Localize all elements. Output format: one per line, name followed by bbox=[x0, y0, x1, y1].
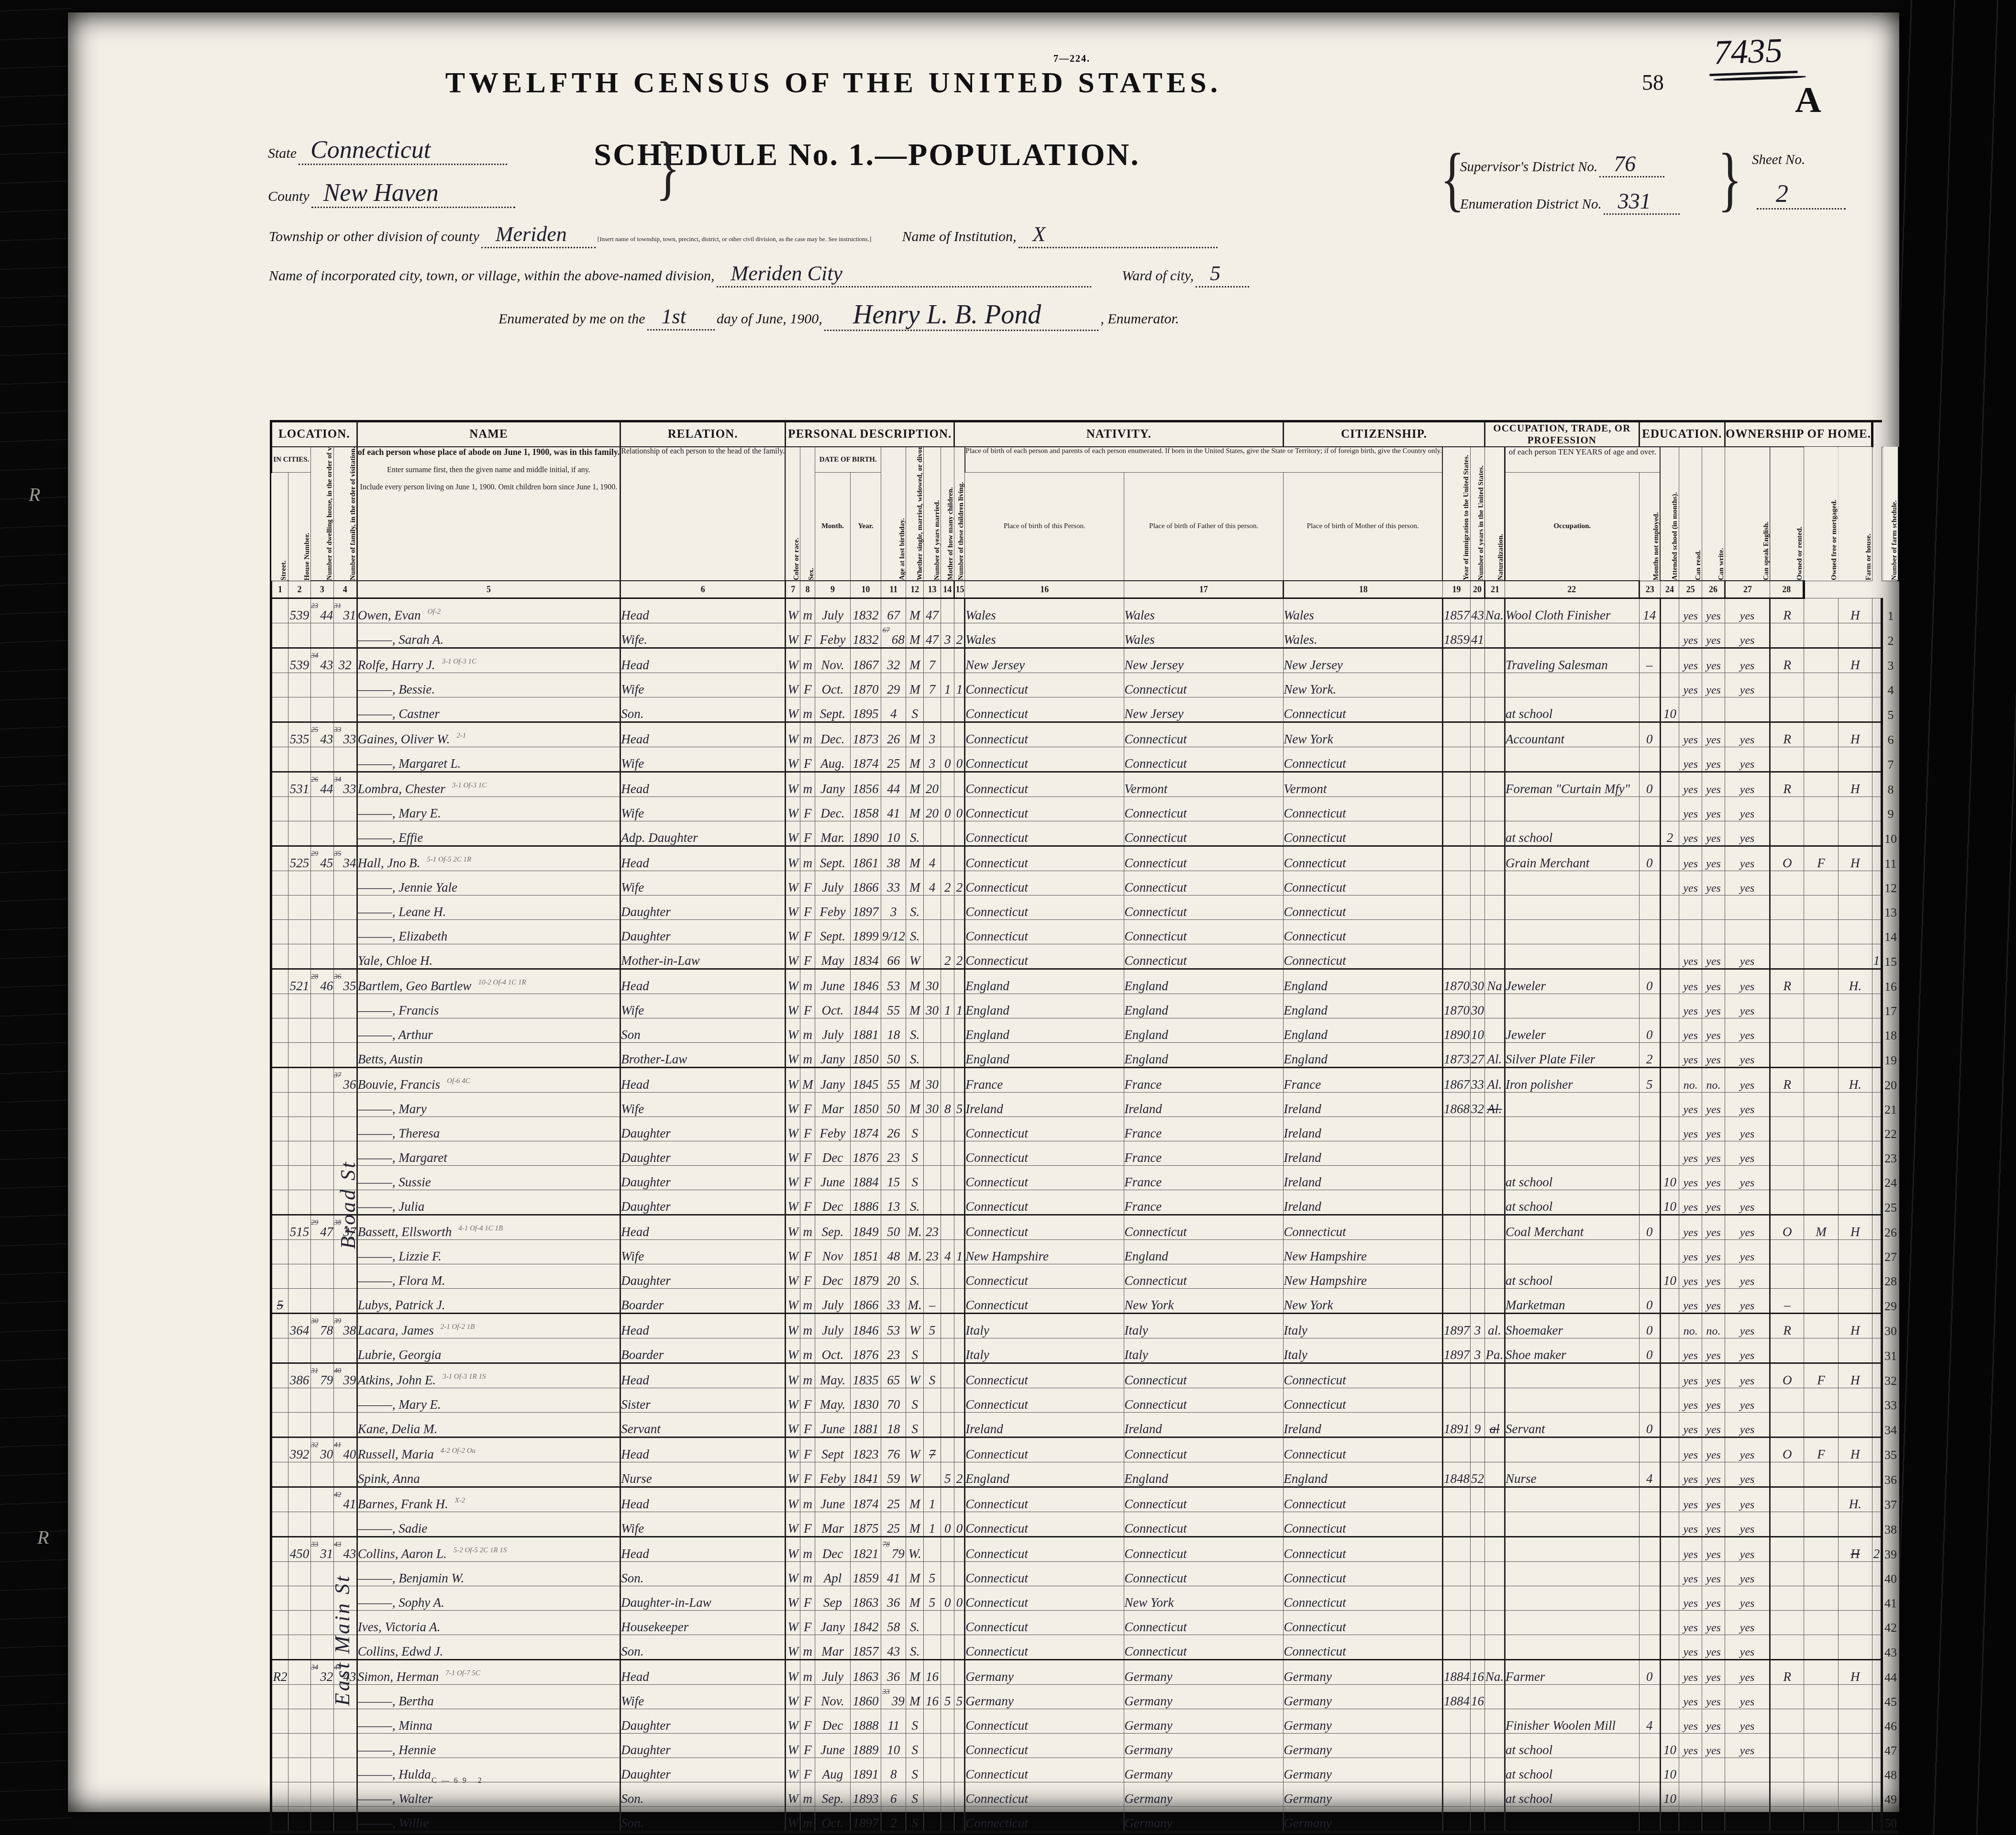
cell-can-read: yes bbox=[1679, 772, 1702, 797]
form-footer-mark: C—69 2 bbox=[432, 1777, 487, 1785]
cell-birthplace-mother: England bbox=[1284, 1018, 1443, 1043]
cell-years-married bbox=[924, 1190, 941, 1215]
group-name: NAME bbox=[357, 421, 620, 447]
cell-value: Connecticut bbox=[1124, 905, 1186, 919]
cell-mother-of-children bbox=[941, 1338, 954, 1363]
cell-months-not-employed: 0 bbox=[1639, 1413, 1660, 1437]
cell-dwelling-number: 2344 bbox=[310, 598, 333, 623]
table-row: 52529453534Hall, Jno B.5-1 Of-5 2C 1RHea… bbox=[271, 846, 1898, 871]
cell-person-name: Collins, Aaron L.5-2 Of-5 2C 1R 1S bbox=[357, 1537, 620, 1562]
cell-free-or-mortgaged: F bbox=[1804, 1363, 1838, 1388]
cell-dwelling-number bbox=[310, 1758, 333, 1782]
cell-value: 1832 bbox=[853, 632, 879, 647]
cell-value: m bbox=[803, 1791, 813, 1806]
cell-naturalization bbox=[1484, 920, 1505, 944]
cell-years-married: – bbox=[924, 1289, 941, 1314]
cell-can-write: yes bbox=[1702, 994, 1725, 1018]
cell-family-number bbox=[333, 623, 357, 648]
cell-value: Son. bbox=[621, 707, 643, 721]
cell-value: M bbox=[909, 1694, 920, 1708]
cell-children-living bbox=[954, 1289, 965, 1314]
cell-value: Connecticut bbox=[1284, 856, 1346, 870]
cell-farm-or-house: H bbox=[1838, 1314, 1872, 1338]
cell-value: France bbox=[1124, 1126, 1162, 1140]
cell-naturalization bbox=[1484, 722, 1505, 747]
cell-birthplace-person: Connecticut bbox=[965, 1388, 1124, 1413]
cell-can-read: yes bbox=[1679, 1166, 1702, 1190]
cell-relation: Wife bbox=[620, 1685, 786, 1709]
cell-person-name: Spink, Anna bbox=[357, 1462, 620, 1487]
cell-sex: m bbox=[800, 598, 815, 623]
cell-house-number: 539 bbox=[288, 598, 311, 623]
cell-children-living bbox=[954, 598, 965, 623]
cell-birth-month: Feby bbox=[815, 1462, 851, 1487]
cell-value: Connecticut bbox=[965, 1571, 1028, 1585]
cell-street bbox=[271, 1264, 288, 1289]
cell-immigration-year bbox=[1443, 821, 1471, 846]
cell-value: Barnes, Frank H. bbox=[358, 1497, 448, 1511]
cell-children-living bbox=[954, 920, 965, 944]
cell-immigration-year bbox=[1443, 1240, 1471, 1264]
cell-owned-or-rented: R bbox=[1770, 722, 1804, 747]
cell-dwelling-number bbox=[310, 1240, 333, 1264]
cell-value: W bbox=[788, 1521, 799, 1536]
cell-value: yes bbox=[1706, 758, 1721, 771]
cell-marital-status: S bbox=[906, 1141, 924, 1166]
cell-street bbox=[271, 994, 288, 1018]
county-value: New Haven bbox=[311, 179, 515, 208]
cell-value: yes bbox=[1683, 1349, 1698, 1362]
cell-relation: Son. bbox=[620, 1562, 786, 1586]
cell-birthplace-mother: Germany bbox=[1284, 1685, 1443, 1709]
cell-farm-or-house bbox=[1838, 1709, 1872, 1734]
cell-correction: 40 bbox=[334, 1367, 341, 1375]
cell-value: yes bbox=[1683, 1104, 1698, 1116]
cell-years-in-us: 33 bbox=[1471, 1068, 1485, 1093]
cell-value: W bbox=[788, 1003, 799, 1017]
cell-free-or-mortgaged bbox=[1804, 673, 1838, 697]
cell-value: 2 bbox=[944, 953, 951, 968]
cell-value: 5 bbox=[1646, 1077, 1653, 1092]
table-row: ———, ArthurSonWmJuly188118S.EnglandEngla… bbox=[271, 1018, 1898, 1043]
cell-birth-year: 1876 bbox=[850, 1338, 881, 1363]
cell-value: W bbox=[788, 1249, 799, 1263]
nativity-note: Place of birth of each person and parent… bbox=[965, 447, 1443, 473]
cell-value: 44 bbox=[887, 782, 900, 796]
cell-birth-year: 1874 bbox=[850, 747, 881, 772]
cell-can-read: no. bbox=[1679, 1314, 1702, 1338]
cell-mother-of-children: 5 bbox=[941, 1685, 954, 1709]
column-number-13: 13 bbox=[924, 581, 941, 598]
cell-birthplace-father: Germany bbox=[1124, 1709, 1284, 1734]
cell-marital-status: M bbox=[906, 1586, 924, 1611]
cell-occupation bbox=[1505, 871, 1639, 895]
cell-can-write: yes bbox=[1702, 1611, 1725, 1635]
cell-value: F bbox=[804, 632, 812, 647]
cell-years-married: 20 bbox=[924, 772, 941, 797]
row-number: 43 bbox=[1882, 1635, 1898, 1660]
cell-value: Sept. bbox=[820, 856, 845, 870]
cell-value: 20 bbox=[926, 806, 939, 820]
cell-dwelling-number bbox=[310, 1117, 333, 1141]
population-schedule-table: LOCATION. NAME RELATION. PERSONAL DESCRI… bbox=[270, 420, 1899, 1833]
cell-farm-schedule bbox=[1872, 1264, 1882, 1289]
cell-immigration-year bbox=[1443, 1734, 1471, 1758]
cell-correction: 34 bbox=[311, 1664, 318, 1672]
cell-children-living bbox=[954, 1388, 965, 1413]
cell-person-name: Kane, Delia M. bbox=[357, 1413, 620, 1437]
cell-value: France bbox=[1124, 1150, 1162, 1165]
cell-birthplace-father: Connecticut bbox=[1124, 846, 1284, 871]
cell-value: Lubys, Patrick J. bbox=[358, 1298, 445, 1312]
cell-value: 5 bbox=[277, 1298, 284, 1312]
cell-value: 1873 bbox=[853, 732, 879, 746]
cell-birth-year: 1863 bbox=[850, 1660, 881, 1685]
cell-can-write: yes bbox=[1702, 1093, 1725, 1117]
cell-can-speak-english: yes bbox=[1725, 1363, 1770, 1388]
cell-value: W bbox=[788, 608, 799, 622]
cell-birthplace-mother: Connecticut bbox=[1284, 920, 1443, 944]
cell-birthplace-father: France bbox=[1124, 1068, 1284, 1093]
cell-months-not-employed: 5 bbox=[1639, 1068, 1660, 1093]
cell-value: yes bbox=[1683, 1622, 1698, 1634]
cell-value: Wife bbox=[621, 806, 644, 820]
cell-value: M bbox=[909, 1077, 920, 1092]
cell-value: Connecticut bbox=[1124, 806, 1186, 820]
cell-can-speak-english: yes bbox=[1725, 1093, 1770, 1117]
cell-value: at school bbox=[1506, 1175, 1552, 1189]
cell-months-not-employed bbox=[1639, 673, 1660, 697]
table-row: ———, MinnaDaughterWFDec188811SConnecticu… bbox=[271, 1709, 1898, 1734]
cell-birth-year: 1870 bbox=[850, 673, 881, 697]
cell-value: yes bbox=[1706, 882, 1721, 895]
cell-sex: m bbox=[800, 969, 815, 994]
table-row: Yale, Chloe H.Mother-in-LawWFMay183466W2… bbox=[271, 944, 1898, 969]
cell-birthplace-father: Germany bbox=[1124, 1782, 1284, 1807]
cell-birthplace-person: Connecticut bbox=[965, 1141, 1124, 1166]
cell-birthplace-mother: Germany bbox=[1284, 1758, 1443, 1782]
cell-value: yes bbox=[1683, 1646, 1698, 1658]
cell-can-read: yes bbox=[1679, 1018, 1702, 1043]
cell-value: 48 bbox=[887, 1249, 900, 1263]
cell-value: June bbox=[820, 1743, 845, 1757]
cell-can-read: yes bbox=[1679, 1487, 1702, 1512]
cell-value: S bbox=[911, 1422, 918, 1436]
cell-value: Connecticut bbox=[965, 953, 1028, 968]
table-row: ———, HennieDaughterWFJune188910SConnecti… bbox=[271, 1734, 1898, 1758]
cell-value: Jany bbox=[820, 1620, 845, 1634]
cell-value: 52 bbox=[1471, 1471, 1484, 1486]
cell-years-married: 47 bbox=[924, 598, 941, 623]
cell-attended-school bbox=[1660, 598, 1679, 623]
cell-can-read: yes bbox=[1679, 944, 1702, 969]
cell-house-number bbox=[288, 1289, 311, 1314]
col-header-in-cities: IN CITIES. bbox=[271, 447, 311, 473]
cell-value: Pa. bbox=[1486, 1348, 1504, 1362]
cell-free-or-mortgaged bbox=[1804, 1289, 1838, 1314]
row-number: 26 bbox=[1882, 1215, 1898, 1240]
cell-value: H bbox=[1850, 658, 1860, 672]
cell-value: W bbox=[788, 1422, 799, 1436]
cell-value: Feby bbox=[820, 1471, 845, 1486]
cell-birthplace-father: Italy bbox=[1124, 1314, 1284, 1338]
column-number-1: 1 bbox=[271, 581, 288, 598]
cell-months-not-employed bbox=[1639, 1437, 1660, 1462]
cell-color-race: W bbox=[786, 1807, 800, 1832]
cell-correction: 26 bbox=[311, 776, 318, 784]
cell-months-not-employed: 0 bbox=[1639, 772, 1660, 797]
cell-birth-month: Sep. bbox=[815, 1782, 851, 1807]
cell-value: 41 bbox=[1471, 632, 1484, 647]
cell-sex: m bbox=[800, 648, 815, 673]
cell-can-speak-english: yes bbox=[1725, 648, 1770, 673]
cell-value: 41 bbox=[887, 1571, 900, 1585]
cell-farm-schedule bbox=[1872, 1289, 1882, 1314]
census-sheet: 7—224. TWELFTH CENSUS OF THE UNITED STAT… bbox=[68, 12, 1899, 1812]
cell-relation: Head bbox=[620, 772, 786, 797]
cell-immigration-year: 1848 bbox=[1443, 1462, 1471, 1487]
cell-value: Accountant bbox=[1506, 732, 1564, 746]
cell-farm-schedule bbox=[1872, 821, 1882, 846]
cell-owned-or-rented: – bbox=[1770, 1289, 1804, 1314]
cell-street bbox=[271, 697, 288, 722]
cell-can-write: yes bbox=[1702, 772, 1725, 797]
cell-naturalization bbox=[1484, 1240, 1505, 1264]
enumeration-district-label: Enumeration District No. bbox=[1460, 197, 1602, 212]
cell-color-race: W bbox=[786, 1314, 800, 1338]
cell-value: Germany bbox=[1124, 1743, 1172, 1757]
cell-farm-schedule bbox=[1872, 920, 1882, 944]
cell-occupation: Shoemaker bbox=[1505, 1314, 1639, 1338]
cell-birthplace-mother: Ireland bbox=[1284, 1166, 1443, 1190]
cell-years-married bbox=[924, 1807, 941, 1832]
cell-value: 43 bbox=[320, 732, 333, 746]
cell-person-name: ———, Benjamin W. bbox=[357, 1562, 620, 1586]
cell-years-in-us: 43 bbox=[1471, 598, 1485, 623]
cell-years-in-us bbox=[1471, 1487, 1485, 1512]
cell-value: Wales bbox=[1284, 608, 1314, 622]
cell-marital-status: M. bbox=[906, 1215, 924, 1240]
cell-children-living bbox=[954, 1166, 965, 1190]
cell-value: Connecticut bbox=[1124, 1620, 1186, 1634]
cell-sex: F bbox=[800, 1758, 815, 1782]
cell-birth-month: July bbox=[815, 1660, 851, 1685]
cell-value: New Jersey bbox=[965, 658, 1025, 672]
cell-value: Connecticut bbox=[1284, 1225, 1346, 1239]
enumerator-annotation: Of-2 bbox=[428, 608, 441, 616]
cell-can-read bbox=[1679, 920, 1702, 944]
group-relation: RELATION. bbox=[620, 421, 786, 447]
cell-birth-year: 1821 bbox=[850, 1537, 881, 1562]
cell-naturalization bbox=[1484, 1611, 1505, 1635]
cell-value: Betts, Austin bbox=[358, 1052, 423, 1066]
cell-value: 29 bbox=[887, 682, 900, 696]
cell-value: 2 bbox=[956, 632, 963, 647]
cell-birthplace-mother: Connecticut bbox=[1284, 846, 1443, 871]
col-header-years-married: Number of years married. bbox=[924, 447, 941, 581]
cell-age: 76 bbox=[881, 1437, 906, 1462]
cell-years-married: 30 bbox=[924, 1068, 941, 1093]
cell-value: W bbox=[788, 1273, 799, 1288]
cell-value: H bbox=[1850, 856, 1860, 870]
cell-years-in-us bbox=[1471, 1264, 1485, 1289]
cell-value: Connecticut bbox=[965, 1199, 1028, 1214]
cell-value: 55 bbox=[887, 1077, 900, 1092]
table-row: R234324443Simon, Herman7-1 Of-7 5CHeadWm… bbox=[271, 1660, 1898, 1685]
cell-farm-or-house bbox=[1838, 1758, 1872, 1782]
cell-street bbox=[271, 747, 288, 772]
column-number-4: 4 bbox=[333, 581, 357, 598]
cell-value: 3 bbox=[1474, 1323, 1481, 1338]
cell-value: yes bbox=[1706, 1300, 1721, 1312]
cell-can-write: yes bbox=[1702, 821, 1725, 846]
cell-farm-or-house bbox=[1838, 895, 1872, 920]
cell-birth-month: Sept. bbox=[815, 920, 851, 944]
cell-value: 1897 bbox=[1444, 1348, 1470, 1362]
cell-dwelling-number bbox=[310, 1068, 333, 1093]
cell-value: Connecticut bbox=[1124, 1397, 1186, 1412]
cell-marital-status: M bbox=[906, 846, 924, 871]
cell-value: Atkins, John E. bbox=[358, 1373, 436, 1387]
cell-person-name: ———, Francis bbox=[357, 994, 620, 1018]
cell-farm-or-house: H bbox=[1838, 772, 1872, 797]
cell-dwelling-number: 3443 bbox=[310, 648, 333, 673]
cell-value: yes bbox=[1740, 1548, 1755, 1561]
col-header-owned-rented: Owned or rented. bbox=[1770, 447, 1804, 581]
column-number-14: 14 bbox=[941, 581, 954, 598]
cell-house-number bbox=[288, 1240, 311, 1264]
cell-children-living bbox=[954, 1734, 965, 1758]
cell-value: Wife bbox=[621, 880, 644, 895]
cell-value: 2 bbox=[944, 880, 951, 895]
cell-relation: Boarder bbox=[620, 1338, 786, 1363]
cell-farm-or-house: H bbox=[1838, 648, 1872, 673]
cell-farm-schedule bbox=[1872, 1462, 1882, 1487]
cell-value: yes bbox=[1706, 1029, 1721, 1042]
cell-birth-year: 1856 bbox=[850, 772, 881, 797]
cell-value: 39 bbox=[892, 1694, 905, 1708]
cell-birth-month: Dec. bbox=[815, 722, 851, 747]
table-row: Ives, Victoria A.HousekeeperWFJany184258… bbox=[271, 1611, 1898, 1635]
cell-farm-schedule bbox=[1872, 1758, 1882, 1782]
cell-can-write: yes bbox=[1702, 1289, 1725, 1314]
cell-house-number bbox=[288, 1782, 311, 1807]
cell-house-number bbox=[288, 1388, 311, 1413]
cell-immigration-year bbox=[1443, 1289, 1471, 1314]
enumerator-annotation: 3-1 Of-3 1R 1S bbox=[443, 1373, 486, 1381]
cell-mother-of-children bbox=[941, 722, 954, 747]
cell-marital-status: M bbox=[906, 969, 924, 994]
cell-free-or-mortgaged bbox=[1804, 1537, 1838, 1562]
cell-birth-month: Aug. bbox=[815, 747, 851, 772]
cell-correction: 23 bbox=[311, 602, 318, 610]
cell-immigration-year bbox=[1443, 1758, 1471, 1782]
cell-birthplace-person: Connecticut bbox=[965, 1512, 1124, 1537]
row-number: 41 bbox=[1882, 1586, 1898, 1611]
cell-value: Italy bbox=[965, 1323, 989, 1338]
cell-years-married: 23 bbox=[924, 1240, 941, 1264]
cell-value: W bbox=[788, 806, 799, 820]
col-header-marital: Whether single, married, widowed, or div… bbox=[906, 447, 924, 581]
cell-naturalization bbox=[1484, 821, 1505, 846]
cell-birth-year: 1874 bbox=[850, 1117, 881, 1141]
cell-value: S bbox=[911, 1150, 918, 1165]
cell-house-number bbox=[288, 1562, 311, 1586]
cell-attended-school bbox=[1660, 1586, 1679, 1611]
cell-age: 25 bbox=[881, 1487, 906, 1512]
cell-farm-schedule bbox=[1872, 1043, 1882, 1068]
enumerator-annotation: 4-1 Of-4 1C 1B bbox=[458, 1225, 503, 1232]
cell-can-write: yes bbox=[1702, 1018, 1725, 1043]
cell-naturalization bbox=[1484, 1512, 1505, 1537]
enumerator-annotation: 2-1 Of-2 1B bbox=[441, 1323, 475, 1331]
cell-color-race: W bbox=[786, 1487, 800, 1512]
cell-marital-status: M bbox=[906, 1068, 924, 1093]
cell-free-or-mortgaged: F bbox=[1804, 1437, 1838, 1462]
cell-can-write: no. bbox=[1702, 1314, 1725, 1338]
cell-mother-of-children bbox=[941, 846, 954, 871]
cell-value: 525 bbox=[290, 856, 310, 870]
cell-birthplace-father: Connecticut bbox=[1124, 1537, 1284, 1562]
cell-free-or-mortgaged bbox=[1804, 1586, 1838, 1611]
cell-value: Bassett, Ellsworth bbox=[358, 1225, 452, 1239]
cell-birthplace-mother: Wales bbox=[1284, 598, 1443, 623]
cell-occupation: Silver Plate Filer bbox=[1505, 1043, 1639, 1068]
cell-farm-or-house bbox=[1838, 747, 1872, 772]
column-number-3: 3 bbox=[310, 581, 333, 598]
cell-naturalization bbox=[1484, 1562, 1505, 1586]
cell-person-name: Lacara, James2-1 Of-2 1B bbox=[357, 1314, 620, 1338]
cell-owned-or-rented: O bbox=[1770, 1437, 1804, 1462]
cell-occupation: Traveling Salesman bbox=[1505, 648, 1639, 673]
cell-value: 23 bbox=[926, 1225, 939, 1239]
cell-value: 4 bbox=[1646, 1718, 1653, 1733]
row-number: 2 bbox=[1882, 623, 1898, 648]
cell-value: 1866 bbox=[853, 880, 879, 895]
cell-free-or-mortgaged bbox=[1804, 1635, 1838, 1660]
cell-value: yes bbox=[1706, 784, 1721, 796]
cell-can-speak-english: yes bbox=[1725, 871, 1770, 895]
cell-owned-or-rented: R bbox=[1770, 772, 1804, 797]
cell-years-in-us bbox=[1471, 1240, 1485, 1264]
cell-relation: Wife bbox=[620, 1240, 786, 1264]
cell-street bbox=[271, 1537, 288, 1562]
cell-age: 26 bbox=[881, 722, 906, 747]
cell-value: Connecticut bbox=[965, 707, 1028, 721]
cell-birthplace-mother: Ireland bbox=[1284, 1413, 1443, 1437]
cell-value: 1891 bbox=[1444, 1422, 1470, 1436]
cell-birth-month: June bbox=[815, 1734, 851, 1758]
cell-value: al bbox=[1489, 1422, 1499, 1436]
cell-can-write: yes bbox=[1702, 673, 1725, 697]
cell-value: Wife bbox=[621, 1003, 644, 1017]
cell-value: Connecticut bbox=[1124, 682, 1186, 696]
cell-value: France bbox=[965, 1077, 1003, 1092]
cell-age: 33 bbox=[881, 1289, 906, 1314]
cell-color-race: W bbox=[786, 1215, 800, 1240]
cell-relation: Head bbox=[620, 1068, 786, 1093]
table-row: ———, Jennie YaleWifeWFJuly186633M422Conn… bbox=[271, 871, 1898, 895]
cell-value: 535 bbox=[290, 732, 310, 746]
cell-relation: Head bbox=[620, 1314, 786, 1338]
cell-value: S. bbox=[910, 1644, 919, 1658]
cell-value: W bbox=[788, 953, 799, 968]
cell-color-race: W bbox=[786, 846, 800, 871]
cell-value: 31 bbox=[343, 608, 356, 622]
enumerator-label: , Enumerator. bbox=[1100, 311, 1179, 327]
cell-value: 0 bbox=[1646, 732, 1653, 746]
cell-value: yes bbox=[1706, 1548, 1721, 1561]
